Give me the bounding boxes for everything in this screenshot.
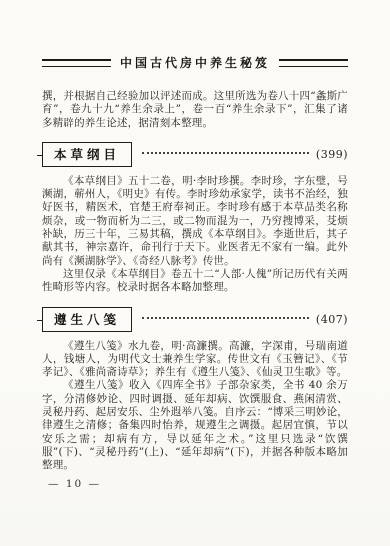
page-header-title: 中国古代房中养生秘笈	[120, 54, 270, 71]
toc-leader-dots	[142, 151, 309, 154]
section-paragraph: 《遵生八笺》水九卷，明·高濂撰。高濂，字深甫，号瑞南道人，钱塘人，为明代文士兼养…	[42, 340, 348, 380]
section-paragraph: 《遵生八笺》收入《四库全书》子部杂家类，全书 40 余万字，分清修妙论、四时调摄…	[42, 379, 348, 472]
page-header: 中国古代房中养生秘笈	[42, 54, 348, 71]
section-paragraph: 这里仅录《本草纲目》卷五十二“人部·人傀”所记历代有关两性畸形等内容。校录时据各…	[42, 268, 348, 295]
toc-leader-dots	[142, 316, 309, 319]
section-paragraph: 《本草纲目》五十二卷，明·李时珍撰。李时珍，字东璧，号濒湖，蕲州人，《明史》有传…	[42, 175, 348, 268]
book-page: 中国古代房中养生秘笈 撰，并根据自己经验加以评述而成。这里所选为卷八十四“螽斯广…	[0, 0, 390, 546]
header-rule-right	[279, 59, 348, 67]
toc-entry-bencaogangmu: 本草纲目 (399)	[42, 143, 348, 167]
toc-page-ref: (399)	[316, 148, 348, 161]
toc-entry-zunshengbajian: 遵生八笺 (407)	[42, 308, 348, 332]
toc-page-ref: (407)	[316, 313, 348, 326]
intro-paragraph: 撰，并根据自己经验加以评述而成。这里所选为卷八十四“螽斯广育”，卷九十九“养生余…	[42, 90, 348, 130]
section-title-bencaogangmu: 本草纲目	[42, 142, 132, 167]
section-title-zunshengbajian: 遵生八笺	[42, 307, 132, 332]
header-rule-left	[42, 59, 111, 67]
footer-page-number: — 10 —	[48, 478, 101, 490]
